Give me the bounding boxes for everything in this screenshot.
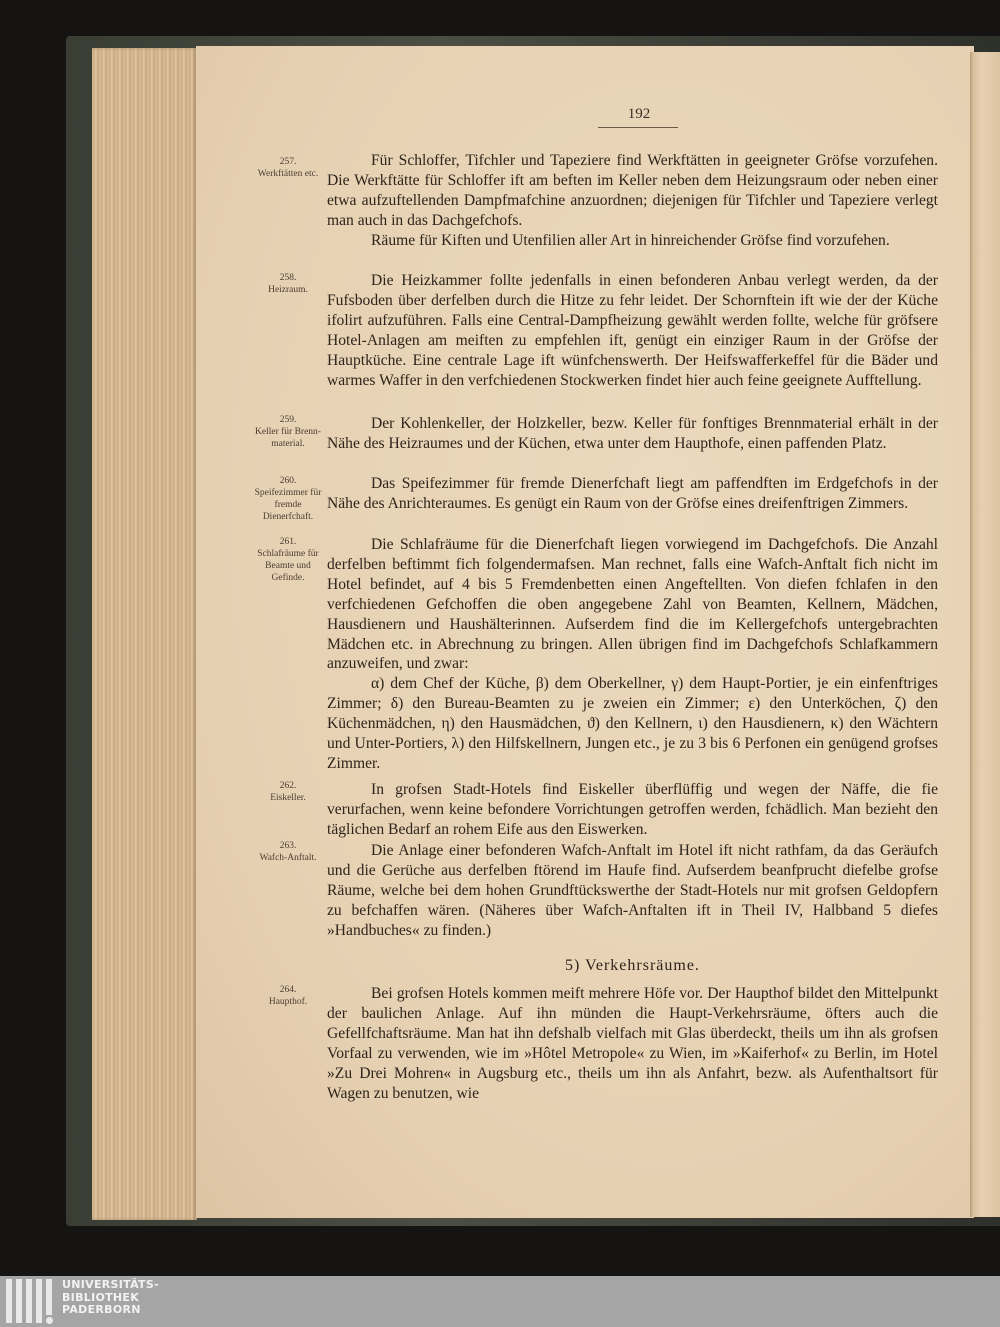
margin-number: 260. (252, 475, 324, 487)
margin-number: 263. (252, 840, 324, 852)
margin-label: Keller für Brenn-material. (252, 426, 324, 450)
margin-note-261: 261. Schlafräume für Beamte und Gefinde. (252, 536, 324, 584)
margin-label: Heizraum. (252, 284, 324, 296)
margin-number: 262. (252, 780, 324, 792)
margin-number: 258. (252, 272, 324, 284)
margin-label: Werkftätten etc. (252, 168, 324, 180)
page-number: 192 (600, 106, 678, 123)
margin-note-263: 263. Wafch-Anftalt. (252, 840, 324, 864)
paragraph: Die Anlage einer befonderen Wafch-Anftal… (327, 841, 938, 941)
paragraph: Die Schlafräume für die Dienerfchaft lie… (327, 535, 938, 674)
library-logo: UNIVERSITÄTS- BIBLIOTHEK PADERBORN (6, 1277, 159, 1325)
section-260-text: Das Speifezimmer für fremde Dienerfchaft… (327, 474, 938, 514)
page-number-rule (598, 127, 678, 128)
paragraph: Für Schloffer, Tifchler und Tapeziere fi… (327, 151, 938, 231)
section-262-text: In grofsen Stadt-Hotels find Eiskeller ü… (327, 780, 938, 840)
paragraph: Bei grofsen Hotels kommen meift mehrere … (327, 984, 938, 1103)
section-261-text: Die Schlafräume für die Dienerfchaft lie… (327, 535, 938, 774)
logo-line: PADERBORN (62, 1304, 159, 1317)
section-258-text: Die Heizkammer follte jedenfalls in eine… (327, 271, 938, 390)
margin-number: 264. (252, 984, 324, 996)
page-edges-stack (92, 48, 197, 1220)
margin-number: 259. (252, 414, 324, 426)
margin-label: Schlafräume für Beamte und Gefinde. (252, 548, 324, 584)
logo-bars-icon (6, 1277, 52, 1323)
section-heading: 5) Verkehrsräume. (327, 957, 938, 975)
section-259-text: Der Kohlenkeller, der Holzkeller, bezw. … (327, 414, 938, 454)
section-263-text: Die Anlage einer befonderen Wafch-Anftal… (327, 841, 938, 941)
margin-label: Eiskeller. (252, 792, 324, 804)
paragraph: Die Heizkammer follte jedenfalls in eine… (327, 271, 938, 390)
margin-note-259: 259. Keller für Brenn-material. (252, 414, 324, 450)
margin-note-257: 257. Werkftätten etc. (252, 156, 324, 180)
margin-label: Haupthof. (252, 996, 324, 1008)
logo-line: UNIVERSITÄTS- (62, 1279, 159, 1292)
margin-number: 257. (252, 156, 324, 168)
margin-number: 261. (252, 536, 324, 548)
margin-note-258: 258. Heizraum. (252, 272, 324, 296)
margin-note-260: 260. Speifezimmer für fremde Dienerfchaf… (252, 475, 324, 523)
paragraph: Räume für Kiften und Utenfilien aller Ar… (327, 231, 938, 251)
paragraph: Das Speifezimmer für fremde Dienerfchaft… (327, 474, 938, 514)
section-264-text: Bei grofsen Hotels kommen meift mehrere … (327, 984, 938, 1103)
section-257-text: Für Schloffer, Tifchler und Tapeziere fi… (327, 151, 938, 251)
margin-note-262: 262. Eiskeller. (252, 780, 324, 804)
facing-page-edge (970, 52, 1000, 1217)
logo-text: UNIVERSITÄTS- BIBLIOTHEK PADERBORN (62, 1277, 159, 1317)
paragraph: α) dem Chef der Küche, β) dem Oberkellne… (327, 674, 938, 774)
margin-label: Wafch-Anftalt. (252, 852, 324, 864)
margin-note-264: 264. Haupthof. (252, 984, 324, 1008)
paragraph: Der Kohlenkeller, der Holzkeller, bezw. … (327, 414, 938, 454)
paragraph: In grofsen Stadt-Hotels find Eiskeller ü… (327, 780, 938, 840)
margin-label: Speifezimmer für fremde Dienerfchaft. (252, 487, 324, 523)
